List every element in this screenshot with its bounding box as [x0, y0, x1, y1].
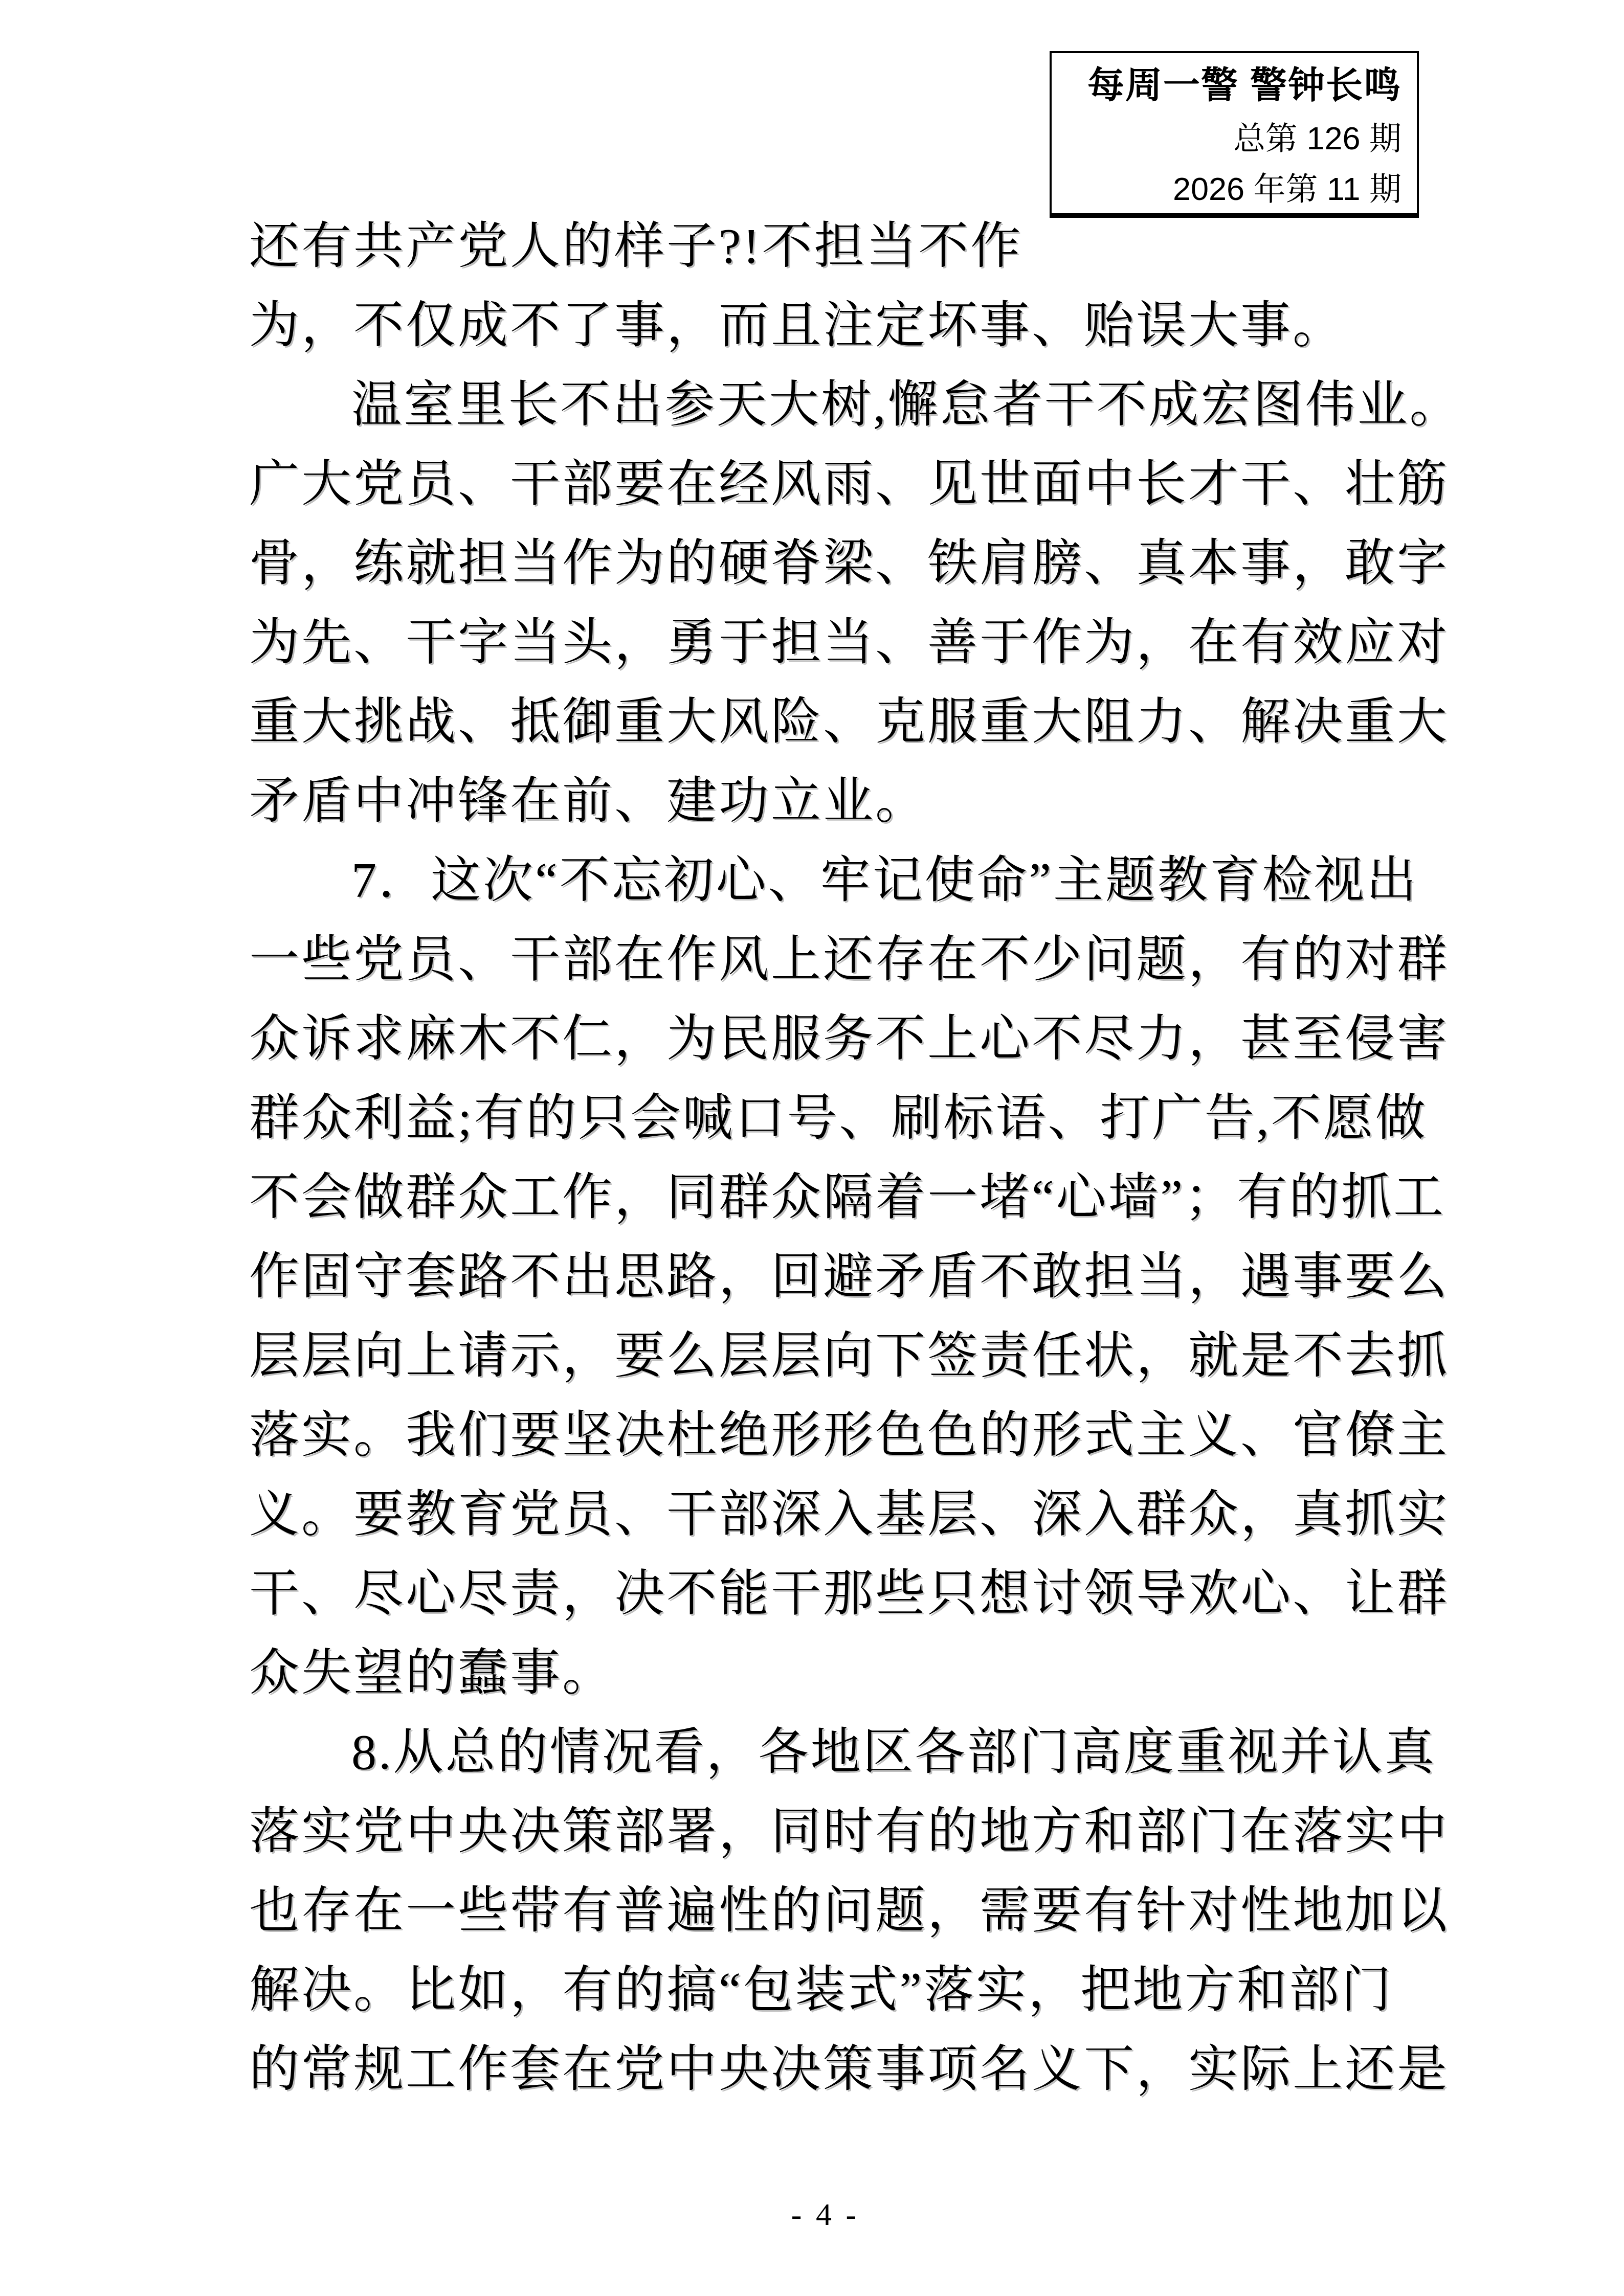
body-line: 广大党员、干部要在经风雨、见世面中长才干、壮筋 [249, 445, 1405, 524]
body-line: 解决。比如，有的搞“包装式”落实，把地方和部门 [249, 1951, 1405, 2030]
body-text: 还有共产党人的样子?!不担当不作 为，不仅成不了事，而且注定坏事、贻误大事。 温… [249, 207, 1405, 2109]
body-line: 为先、干字当头，勇于担当、善于作为，在有效应对 [249, 603, 1405, 683]
body-line: 层层向上请示，要么层层向下签责任状，就是不去抓 [249, 1317, 1405, 1396]
document-page: 每周一警 警钟长鸣 总第 126 期 2026 年第 11 期 还有共产党人的样… [0, 0, 1624, 2296]
body-line: 的常规工作套在党中央决策事项名义下，实际上还是 [249, 2030, 1405, 2109]
body-line: 还有共产党人的样子?!不担当不作 [249, 207, 1405, 286]
body-line: 为，不仅成不了事，而且注定坏事、贻误大事。 [249, 286, 1405, 366]
body-line: 落实党中央决策部署，同时有的地方和部门在落实中 [249, 1792, 1405, 1872]
body-line: 也存在一些带有普遍性的问题，需要有针对性地加以 [249, 1872, 1405, 1951]
body-line: 义。要教育党员、干部深入基层、深入群众，真抓实 [249, 1475, 1405, 1555]
body-line: 8.从总的情况看，各地区各部门高度重视并认真 [249, 1713, 1405, 1792]
body-line: 众失望的蠢事。 [249, 1634, 1405, 1713]
body-line: 干、尽心尽责，决不能干那些只想讨领导欢心、让群 [249, 1555, 1405, 1634]
body-line: 矛盾中冲锋在前、建功立业。 [249, 762, 1405, 841]
body-line: 骨，练就担当作为的硬脊梁、铁肩膀、真本事，敢字 [249, 524, 1405, 603]
page-number: - 4 - [249, 2197, 1401, 2233]
body-line: 众诉求麻木不仁，为民服务不上心不尽力，甚至侵害 [249, 1000, 1405, 1079]
body-line: 落实。我们要坚决杜绝形形色色的形式主义、官僚主 [249, 1396, 1405, 1475]
issue-current-number: 2026 年第 11 期 [1062, 172, 1401, 206]
body-line: 不会做群众工作，同群众隔着一堵“心墙”；有的抓工 [249, 1158, 1405, 1237]
issue-header-box: 每周一警 警钟长鸣 总第 126 期 2026 年第 11 期 [1050, 51, 1419, 218]
body-line: 一些党员、干部在作风上还存在不少问题，有的对群 [249, 920, 1405, 1000]
bulletin-title: 每周一警 警钟长鸣 [1062, 66, 1401, 105]
issue-total-number: 总第 126 期 [1062, 122, 1401, 155]
body-line: 群众利益;有的只会喊口号、刷标语、打广告,不愿做 [249, 1079, 1405, 1158]
body-line: 7．这次“不忘初心、牢记使命”主题教育检视出 [249, 841, 1405, 920]
body-line: 温室里长不出参天大树,懈怠者干不成宏图伟业。 [249, 366, 1405, 445]
body-line: 重大挑战、抵御重大风险、克服重大阻力、解决重大 [249, 683, 1405, 762]
body-line: 作固守套路不出思路，回避矛盾不敢担当，遇事要么 [249, 1237, 1405, 1317]
